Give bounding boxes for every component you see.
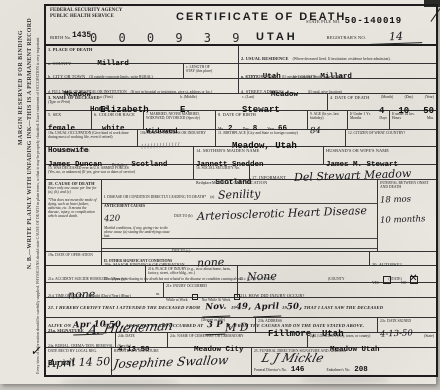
field-burial-location: 24d. LOCATION (City, town, or county) (S… xyxy=(308,333,436,347)
field-accident: 21a. ACCIDENT SUICIDE HOMICIDE (Specify)… xyxy=(46,266,146,282)
cause-sidebar: 18. CAUSE OF DEATH Enter only one cause … xyxy=(46,180,102,251)
row-signature: 23a. SIGNATURE A. Hueneman (Degree or ti… xyxy=(46,318,436,333)
antecedent-block: ANTECEDENT CAUSES 420 Morbid conditions,… xyxy=(104,204,174,238)
spouse-label: HUSBAND'S OR WIFE'S NAME xyxy=(326,148,434,153)
cause-main: MEDICAL CERTIFICATION I. DISEASE OR COND… xyxy=(102,180,378,251)
field-informant: 17. INFORMANT Del Stewart Meadow xyxy=(250,165,436,179)
row-certify: 22. I HEREBY CERTIFY THAT I ATTENDED THE… xyxy=(46,298,436,318)
due-to-c: DUE TO (c) xyxy=(102,239,377,249)
father-label: 13. FATHER'S NAME xyxy=(48,148,191,153)
file-number-block: STATE FILE NO. 50-140019 xyxy=(306,10,434,28)
antecedent-note: Morbid conditions, if any, giving rise t… xyxy=(104,226,174,238)
certify-50: 50, xyxy=(287,299,303,317)
date-received-label: DATE REC'D BY LOCAL REG. xyxy=(48,349,109,353)
corner-slash xyxy=(431,8,440,22)
embalmer-number: 208 xyxy=(354,366,368,374)
field-spouse: HUSBAND'S OR WIFE'S NAME James M. Stewar… xyxy=(324,147,436,164)
field-residence-city: c. CITY OR TOWN (If outside corporate li… xyxy=(239,64,436,78)
birth-no-label: BIRTH No. xyxy=(50,35,71,40)
field-street-address: d. STREET ADDRESS (If rural, give locati… xyxy=(239,79,436,93)
place-of-injury-label: 21b. PLACE OF INJURY (e.g., in or about … xyxy=(148,267,235,275)
row-informant: 15. WAS DECEASED ever in U.S. ARMED FORC… xyxy=(46,165,436,180)
field-how-injury: 21f. HOW DID INJURY OCCUR? xyxy=(238,283,436,297)
field-registrar-signature: REGISTRAR'S SIGNATURE Josephine Swallow xyxy=(112,348,252,376)
marital-label: 7. MARRIED, NEVER MARRIED, WIDOWED, DIVO… xyxy=(146,112,213,120)
interval-b: 10 months xyxy=(380,214,426,226)
field-father: 13. FATHER'S NAME James Duncan Birthplac… xyxy=(46,147,194,164)
check-mark: ✓ xyxy=(30,344,41,359)
field-citizen: 12. CITIZEN OF WHAT COUNTRY? xyxy=(346,130,436,146)
birth-no-value: 1435 xyxy=(72,31,91,40)
cause-line-a: I. DISEASE OR CONDITION DIRECTLY LEADING… xyxy=(102,185,377,204)
field-burial-date: 24b. DATE 4-13-50 xyxy=(116,333,168,347)
field-ssn: 16. SOCIAL SECURITY No. xyxy=(194,165,250,179)
field-operation-findings: 19b. MAJOR FINDINGS OF OPERATION none xyxy=(102,252,370,265)
embalmer-number-label: Embalmer's No. xyxy=(326,368,350,372)
due-b-label: DUE TO (b) xyxy=(174,214,193,218)
field-sex: 5. SEX female xyxy=(46,111,92,129)
under24-min: Min. xyxy=(427,116,434,120)
fd-number: 146 xyxy=(291,366,305,374)
interval-label: INTERVAL BETWEEN ONSET AND DEATH xyxy=(380,181,434,189)
address-label: 23b. ADDRESS xyxy=(258,319,375,323)
agency-block: FEDERAL SECURITY AGENCY PUBLIC HEALTH SE… xyxy=(46,6,168,30)
certificate-form: FEDERAL SECURITY AGENCY PUBLIC HEALTH SE… xyxy=(44,4,438,377)
name-sub: (Type or Print) xyxy=(48,100,100,104)
under24-hours: Hours xyxy=(392,116,401,120)
row-hospital-street: d. FULL NAME OF HOSPITAL OR INSTITUTION … xyxy=(46,79,436,94)
field-operation-date: 19a. DATE OF OPER-ATION xyxy=(46,252,102,265)
certify-from: Nov. xyxy=(201,299,230,318)
residence-paren: (Where deceased lived. If institution: r… xyxy=(293,57,391,61)
field-length-of-stay: c. LENGTH OF STAY (this place) xyxy=(184,64,239,78)
registrar-no-value: 14 xyxy=(370,29,422,45)
stay-paren: STAY (this place) xyxy=(186,69,236,73)
field-armed-forces: 15. WAS DECEASED ever in U.S. ARMED FORC… xyxy=(46,165,194,179)
interval-column: INTERVAL BETWEEN ONSET AND DEATH 18 mos … xyxy=(378,180,436,251)
ssn-label: 16. SOCIAL SECURITY No. xyxy=(196,166,247,170)
registrar-signature: Josephine Swallow xyxy=(113,353,230,371)
field-dob: 8. DATE OF BIRTH Mo. 2 Day 8 Year 66 xyxy=(216,111,308,129)
accident-specify: (Specify) xyxy=(112,277,125,281)
row-occupation: 10a. USUAL OCCUPATION (Give kind of work… xyxy=(46,130,436,147)
certify-to: April xyxy=(252,299,281,318)
scan-smudge xyxy=(60,378,180,386)
antecedent-code: 420 xyxy=(104,214,121,225)
field-name-of-deceased: 3. NAME OF DECEASED (Type or Print) a. (… xyxy=(46,94,328,110)
cemetery-label: 24c. NAME OF CEMETERY OR CREMATORY xyxy=(170,334,305,338)
time-m-label: m. xyxy=(156,292,160,296)
field-time-of-injury: 21d. TIME OF INJURY (Month) (Day) (Year)… xyxy=(46,283,164,297)
row-name-dod: 3. NAME OF DECEASED (Type or Print) a. (… xyxy=(46,94,436,111)
name-label-block: 3. NAME OF DECEASED (Type or Print) xyxy=(48,95,100,110)
cause-line-b: ANTECEDENT CAUSES 420 Morbid conditions,… xyxy=(102,204,377,239)
last-label: c. (Last) xyxy=(242,95,325,99)
row-cause-of-death: 18. CAUSE OF DEATH Enter only one cause … xyxy=(46,180,436,252)
location-state-label: (State) xyxy=(424,334,434,338)
injury-city-label: 21c. (CITY or TOWN) xyxy=(240,277,274,281)
citizen-label: 12. CITIZEN OF WHAT COUNTRY? xyxy=(348,131,434,135)
cause-section-note: Enter only one cause per line for (a), (… xyxy=(48,186,99,194)
date-signed-label: 23c. DATE SIGNED xyxy=(380,319,434,323)
stamped-serial: 0 0 0 9 3 9 xyxy=(90,31,246,45)
field-age: 9. AGE (In yrs. last birthday) 84 xyxy=(308,111,348,129)
certify-p1: 22. I HEREBY CERTIFY THAT I ATTENDED THE… xyxy=(48,305,200,310)
field-business: 10b. KIND OF BUSINESS OR INDUSTRY xyxy=(138,130,216,146)
place-title: 1. PLACE OF DEATH xyxy=(48,47,236,52)
field-funeral-director: 25. FUNERAL DIRECTOR'S SIGNATURE AND ADD… xyxy=(252,348,436,376)
field-race: 6. COLOR OR RACE white xyxy=(92,111,144,129)
row-burial: 24a. BURIAL, CREMA-TION, REMOVAL (Specif… xyxy=(46,333,436,348)
form-header: FEDERAL SECURITY AGENCY PUBLIC HEALTH SE… xyxy=(46,6,436,30)
scanned-death-certificate: MARGIN RESERVED FOR BINDING N. B.—WRITE … xyxy=(0,0,440,390)
occupation-label: 10a. USUAL OCCUPATION (Give kind of work… xyxy=(48,131,135,139)
field-cemetery: 24c. NAME OF CEMETERY OR CREMATORY Meado… xyxy=(168,333,308,347)
field-physician-address: 23b. ADDRESS Fillmore, Utah xyxy=(256,318,378,332)
registrar-no-label: REGISTRAR'S NO. xyxy=(327,35,366,40)
name-middle: b. (Middle) E. xyxy=(180,95,242,110)
field-usual-residence: 2. USUAL RESIDENCE (Where deceased lived… xyxy=(239,46,436,63)
sex-label: 5. SEX xyxy=(48,112,89,117)
race-label: 6. COLOR OR RACE xyxy=(94,112,141,117)
due-b-value: Arteriosclerotic Heart Disease xyxy=(196,204,366,223)
state-file-value: 50-140019 xyxy=(345,16,403,26)
residence-title: 2. USUAL RESIDENCE xyxy=(241,56,289,61)
mother-label: 14. MOTHER'S MAIDEN NAME xyxy=(196,148,321,153)
dod-label: 4. DATE OF DEATH xyxy=(330,95,369,100)
location-label: 24d. LOCATION (City, town, or county) xyxy=(310,334,370,338)
fd-number-label: Funeral Director's No. xyxy=(254,368,287,372)
agency-line2: PUBLIC HEALTH SERVICE xyxy=(50,14,168,20)
business-label: 10b. KIND OF BUSINESS OR INDUSTRY xyxy=(140,131,213,135)
age-label: 9. AGE (In yrs. last birthday) xyxy=(310,112,345,120)
field-place-of-injury: 21b. PLACE OF INJURY (e.g., in or about … xyxy=(146,266,238,282)
field-date-received: DATE REC'D BY LOCAL REG. April 14 50 xyxy=(46,348,112,376)
field-occupation: 10a. USUAL OCCUPATION (Give kind of work… xyxy=(46,130,138,146)
name-last: c. (Last) Stewart xyxy=(242,95,325,110)
state-file-label: STATE FILE NO. xyxy=(306,19,341,24)
state-name: UTAH xyxy=(256,31,298,43)
funeral-director-signature: L J Mickle xyxy=(260,351,325,365)
field-mother: 14. MOTHER'S MAIDEN NAME Jannett Snedden… xyxy=(194,147,324,164)
row-registrar: DATE REC'D BY LOCAL REG. April 14 50 REG… xyxy=(46,348,436,376)
field-under-1yr: If Under 1 Yr. Months Days xyxy=(348,111,390,129)
field-birthplace: 11. BIRTHPLACE (City and State or foreig… xyxy=(216,130,346,146)
row-vitals: 5. SEX female 6. COLOR OR RACE white 7. … xyxy=(46,111,436,130)
field-place-of-death: 1. PLACE OF DEATH a. COUNTY Millard xyxy=(46,46,239,63)
field-city-of-death: b. CITY OR TOWN (If outside corporate li… xyxy=(46,64,184,78)
birthplace-label: 11. BIRTHPLACE (City and State or foreig… xyxy=(218,131,343,135)
row-operation: 19a. DATE OF OPER-ATION 19b. MAJOR FINDI… xyxy=(46,252,436,266)
injury-state-label: (STATE) xyxy=(389,277,402,281)
date-received-value: April 14 50 xyxy=(48,355,111,370)
field-burial-type: 24a. BURIAL, CREMA-TION, REMOVAL (Specif… xyxy=(46,333,116,347)
row-place-residence: 1. PLACE OF DEATH a. COUNTY Millard 2. U… xyxy=(46,46,436,64)
operation-date-label: 19a. DATE OF OPER-ATION xyxy=(48,253,99,257)
row-city: b. CITY OR TOWN (If outside corporate li… xyxy=(46,64,436,79)
row-family: 13. FATHER'S NAME James Duncan Birthplac… xyxy=(46,147,436,165)
margin-note-permanent-record: N. B.—WRITE PLAINLY WITH UNFADING INK—TH… xyxy=(27,18,33,269)
field-date-signed: 23c. DATE SIGNED 4-13-50 xyxy=(378,318,436,332)
antecedent-label: ANTECEDENT CAUSES xyxy=(104,204,174,208)
certify-statement: 22. I HEREBY CERTIFY THAT I ATTENDED THE… xyxy=(46,298,436,317)
forces-sublabel: (Yes, no, or unknown) (If yes, give war … xyxy=(48,170,191,174)
accident-label: 21a. ACCIDENT SUICIDE HOMICIDE xyxy=(48,277,108,281)
field-date-of-death: 4. DATE OF DEATH (Month) (Day) (Year) 4 … xyxy=(328,94,436,110)
field-injury-city: 21c. (CITY or TOWN) (COUNTY (STATE) xyxy=(238,266,436,282)
injury-county-label: (COUNTY xyxy=(328,277,345,281)
interval-a: 18 mos xyxy=(380,195,411,206)
field-injury-occurred: 21e. INJURY OCCURRED While at Work Not W… xyxy=(164,283,238,297)
name-first: a. (First) Elizabeth xyxy=(100,95,180,110)
cause-a-tag: (a) xyxy=(210,195,214,199)
margin-note-binding: MARGIN RESERVED FOR BINDING xyxy=(18,30,24,145)
under1-days: Days xyxy=(379,116,387,120)
cause-footnote: *This does not mean the mode of dying, s… xyxy=(48,198,99,218)
header-stamp-row: BIRTH No. 1435 0 0 0 9 3 9 UTAH REGISTRA… xyxy=(46,30,436,46)
certify-49: 49, xyxy=(236,299,252,317)
row-injury-1: 21a. ACCIDENT SUICIDE HOMICIDE (Specify)… xyxy=(46,266,436,283)
cause-a-label: I. DISEASE OR CONDITION DIRECTLY LEADING… xyxy=(104,195,206,199)
certify-p2: THAT I LAST SAW THE DECEASED xyxy=(304,305,384,310)
under1-months: Months xyxy=(350,116,361,120)
scan-smudge xyxy=(300,376,390,384)
first-label: a. (First) xyxy=(100,95,180,99)
field-physician-signature: 23a. SIGNATURE A. Hueneman (Degree or ti… xyxy=(46,318,256,332)
field-marital: 7. MARRIED, NEVER MARRIED, WIDOWED, DIVO… xyxy=(144,111,216,129)
field-autopsy: 20. AUTOPSY? YES NO ✕ xyxy=(370,252,436,265)
burial-date-label: 24b. DATE xyxy=(118,334,165,338)
due-to-b: DUE TO (b) Arteriosclerotic Heart Diseas… xyxy=(174,204,375,238)
field-hospital: d. FULL NAME OF HOSPITAL OR INSTITUTION … xyxy=(46,79,239,93)
middle-label: b. (Middle) xyxy=(180,95,242,99)
margin-note-instructions: Every item of information should be care… xyxy=(36,14,44,374)
degree-label: (Degree or title) xyxy=(201,318,225,322)
cause-a-value: Senility xyxy=(218,187,261,201)
row-injury-2: 21d. TIME OF INJURY (Month) (Day) (Year)… xyxy=(46,283,436,298)
field-under-24hrs: If under 24 hrs. Hours Min. xyxy=(390,111,436,129)
